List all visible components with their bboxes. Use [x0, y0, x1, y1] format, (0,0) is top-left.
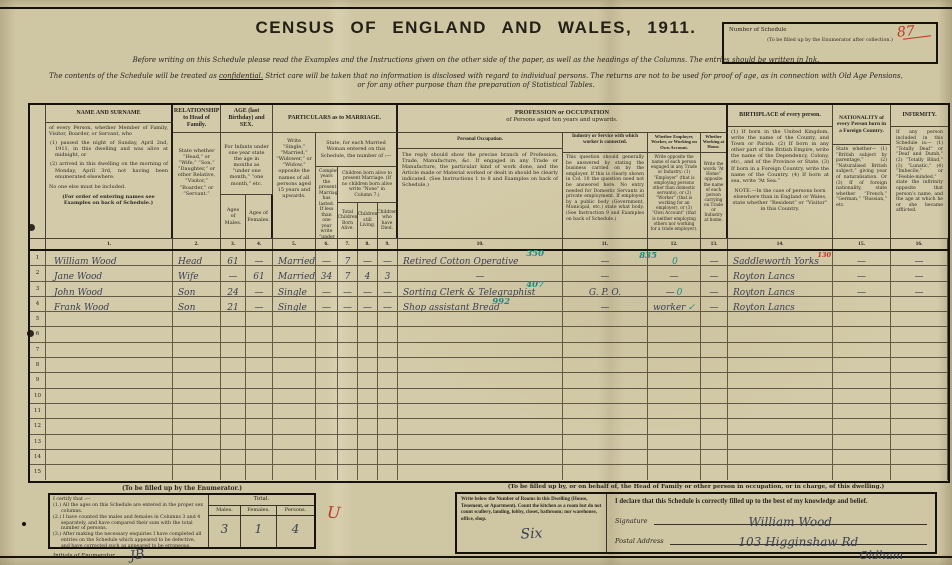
cell-at-home: — — [701, 266, 728, 280]
col-head-nationality: NATIONALITY of every Person born in a Fo… — [833, 105, 891, 145]
cell-at-home: — — [701, 297, 728, 311]
cell-marriage-years — [316, 450, 338, 464]
cell-children-born — [338, 358, 358, 372]
cell-employer-status — [648, 419, 701, 433]
cell-relationship — [173, 389, 221, 403]
cell-children-born — [338, 327, 358, 341]
cell-age-females — [246, 343, 273, 357]
row-number: 11 — [30, 404, 46, 418]
cell-age-males — [221, 312, 246, 326]
cell-relationship: Wife — [173, 266, 221, 280]
cell-relationship — [173, 327, 221, 341]
cell-children-living — [358, 419, 378, 433]
col-desc-name: of every Person, whether Member of Famil… — [46, 123, 173, 238]
cell-at-home — [701, 450, 728, 464]
col-desc-infirmity: If any person included in this Schedule … — [891, 127, 948, 238]
cell-marriage: Single — [273, 282, 316, 296]
cell-age-males — [221, 373, 246, 387]
cell-employer-status — [648, 327, 701, 341]
schedule-number-value: 87 — [897, 26, 916, 38]
cell-marriage-years — [316, 389, 338, 403]
cell-children-died: 3 — [378, 266, 398, 280]
birthplace-code: 130 — [817, 248, 831, 263]
table-row: 6 — [30, 327, 948, 342]
col-desc-marital-condition: Write “Single,” “Married,” “Widower,” or… — [273, 133, 316, 238]
cell-age-females: 61 — [246, 266, 273, 280]
col-no: 13. — [701, 239, 728, 249]
cell-industry — [563, 373, 648, 387]
table-row: 5 — [30, 312, 948, 327]
col-head-employer-worker: Whether Employer, Worker, or Working on … — [648, 133, 701, 238]
col-head-relationship: RELATIONSHIP to Head of Family. — [173, 105, 221, 133]
cell-employer-status — [648, 358, 701, 372]
row-number: 2 — [30, 266, 46, 280]
cell-children-died — [378, 389, 398, 403]
col-desc-nationality: State whether— (1) “British subject by p… — [833, 145, 891, 238]
cell-children-living — [358, 450, 378, 464]
cell-industry — [563, 450, 648, 464]
cell-birthplace — [728, 358, 833, 372]
col-no: 12. — [648, 239, 701, 249]
cell-nationality — [833, 419, 891, 433]
cell-age-females — [246, 358, 273, 372]
cell-employer-status — [648, 404, 701, 418]
row-number: 5 — [30, 312, 46, 326]
cell-age-females: — — [246, 282, 273, 296]
cell-marriage-years — [316, 358, 338, 372]
cell-marriage — [273, 312, 316, 326]
cell-nationality — [833, 404, 891, 418]
cell-marriage-years — [316, 419, 338, 433]
cell-age-males: 61 — [221, 251, 246, 265]
cell-relationship — [173, 373, 221, 387]
cell-birthplace: Royton Lancs — [728, 297, 833, 311]
cell-children-died — [378, 465, 398, 480]
table-body: 1William WoodHead61—Married—7——Retired C… — [30, 251, 948, 480]
cell-occupation: Shop assistant Bread992 — [398, 297, 563, 311]
cell-infirmity — [891, 343, 948, 357]
table-row: 4Frank WoodSon21—Single————Shop assistan… — [30, 297, 948, 312]
row-number: 7 — [30, 343, 46, 357]
col-head-children-note: Children born alive to present Marriage.… — [338, 167, 398, 203]
cell-at-home — [701, 373, 728, 387]
col-head-age: AGE (last Birthday) and SEX. — [221, 105, 273, 133]
householder-section-heading: (To be filled up by, or on behalf of, th… — [455, 484, 937, 490]
cell-industry — [563, 435, 648, 449]
cell-birthplace — [728, 450, 833, 464]
table-row: 7 — [30, 343, 948, 358]
cell-nationality — [833, 465, 891, 480]
table-row: 11 — [30, 404, 948, 419]
signature-label: Signature — [615, 517, 648, 525]
cell-occupation — [398, 404, 563, 418]
cell-age-females: — — [246, 297, 273, 311]
cell-relationship — [173, 465, 221, 480]
totals-table: Total. Males. Females. Persons. 3 1 4 — [208, 495, 314, 547]
cell-infirmity — [891, 389, 948, 403]
row-number: 15 — [30, 465, 46, 480]
cell-infirmity: — — [891, 282, 948, 296]
cell-children-born — [338, 373, 358, 387]
cell-name — [46, 450, 173, 464]
cell-infirmity — [891, 358, 948, 372]
cell-occupation — [398, 343, 563, 357]
cell-employer-status: —0 — [648, 282, 701, 296]
cell-marriage: Married — [273, 266, 316, 280]
row-number: 4 — [30, 297, 46, 311]
males-label: Males. — [209, 506, 241, 516]
cell-relationship: Son — [173, 282, 221, 296]
col-head-profession-group: PROFESSION or OCCUPATION of Persons aged… — [398, 105, 728, 133]
cell-marriage — [273, 343, 316, 357]
table-row: 12 — [30, 419, 948, 434]
column-number-strip: 1. 2. 3. 4. 5. 6. 7. 8. 9. 10. 11. 12. 1… — [30, 238, 948, 251]
cell-name — [46, 373, 173, 387]
col-head-industry: Industry or Service with which worker is… — [563, 133, 648, 238]
cell-infirmity — [891, 435, 948, 449]
col-head-children-born: Total Children Born Alive. — [338, 203, 358, 238]
cell-age-males — [221, 327, 246, 341]
cell-children-born: — — [338, 282, 358, 296]
cell-infirmity — [891, 465, 948, 480]
cell-marriage-years: — — [316, 297, 338, 311]
cell-infirmity — [891, 404, 948, 418]
col-no: 15. — [833, 239, 891, 249]
cell-industry — [563, 404, 648, 418]
cell-age-females — [246, 389, 273, 403]
cell-employer-status — [648, 465, 701, 480]
table-header: NAME AND SURNAME of every Person, whethe… — [30, 105, 948, 238]
col-head-infirmity: INFIRMITY. — [891, 105, 948, 127]
cell-at-home — [701, 465, 728, 480]
cell-birthplace — [728, 312, 833, 326]
cell-at-home — [701, 343, 728, 357]
col-no: 2. — [173, 239, 221, 249]
cell-name: Jane Wood — [46, 266, 173, 280]
cell-children-born — [338, 389, 358, 403]
cell-marriage — [273, 327, 316, 341]
col-no: 16. — [891, 239, 948, 249]
cell-employer-status — [648, 435, 701, 449]
industry-code: 835 — [639, 249, 657, 264]
postal-address-line: 103 Higginshaw Rd — [670, 531, 927, 545]
cell-children-living — [358, 343, 378, 357]
red-tabulation-mark: U — [326, 503, 341, 523]
cell-children-born — [338, 404, 358, 418]
enumerator-initials: JB — [129, 551, 145, 561]
cell-at-home: — — [701, 282, 728, 296]
col-no: 4. — [246, 239, 273, 249]
cell-infirmity — [891, 312, 948, 326]
initials-label: Initials of Enumerator. — [53, 553, 116, 560]
cell-nationality — [833, 435, 891, 449]
cell-marriage-years — [316, 465, 338, 480]
row-number: 12 — [30, 419, 46, 433]
cell-age-females — [246, 373, 273, 387]
cell-age-males — [221, 389, 246, 403]
persons-label: Persons. — [277, 506, 314, 516]
cell-marriage-years — [316, 343, 338, 357]
cell-children-died: — — [378, 282, 398, 296]
cell-age-females — [246, 327, 273, 341]
col-head-marriage-group: PARTICULARS as to MARRIAGE. — [273, 105, 398, 133]
totals-title: Total. — [209, 495, 314, 506]
cell-nationality — [833, 343, 891, 357]
cell-children-born — [338, 419, 358, 433]
cell-children-born: 7 — [338, 266, 358, 280]
cell-name — [46, 312, 173, 326]
cell-relationship — [173, 404, 221, 418]
cell-infirmity — [891, 327, 948, 341]
cell-occupation: Retired Cotton Operative350 — [398, 251, 563, 265]
cell-infirmity: — — [891, 266, 948, 280]
cell-nationality — [833, 327, 891, 341]
cell-marriage: Single — [273, 297, 316, 311]
cell-children-living — [358, 435, 378, 449]
cell-occupation — [398, 389, 563, 403]
cell-employer-status: — — [648, 266, 701, 280]
col-no: 7. — [338, 239, 358, 249]
cell-children-living: — — [358, 251, 378, 265]
cell-industry — [563, 389, 648, 403]
cell-industry: — — [563, 266, 648, 280]
col-desc-age: For Infants under one year state the age… — [221, 133, 273, 195]
cell-birthplace — [728, 373, 833, 387]
cell-marriage-years — [316, 435, 338, 449]
strip-blank — [30, 239, 46, 249]
cell-children-died: — — [378, 297, 398, 311]
col-head-married-woman-note: State, for each Married Woman entered on… — [316, 133, 398, 167]
cell-name — [46, 419, 173, 433]
cell-at-home: — — [701, 251, 728, 265]
cell-industry — [563, 343, 648, 357]
cell-birthplace — [728, 389, 833, 403]
cell-children-living — [358, 389, 378, 403]
cell-birthplace: Saddleworth Yorks130 — [728, 251, 833, 265]
postal-address-value: 103 Higginshaw Rd — [738, 535, 858, 549]
cell-name — [46, 358, 173, 372]
col-no: 5. — [273, 239, 316, 249]
cell-age-males — [221, 358, 246, 372]
cell-nationality — [833, 450, 891, 464]
enumerator-certification: I certify that :— (1.) All the ages on t… — [50, 495, 208, 547]
row-number: 9 — [30, 373, 46, 387]
table-row: 1William WoodHead61—Married—7——Retired C… — [30, 251, 948, 266]
binder-hole — [22, 522, 26, 526]
cell-children-born: — — [338, 297, 358, 311]
col-desc-relationship: State whether “Head,” or “Wife,” “Son,” … — [173, 133, 221, 238]
cell-nationality — [833, 389, 891, 403]
cell-birthplace — [728, 343, 833, 357]
cell-age-males — [221, 404, 246, 418]
table-row: 13 — [30, 435, 948, 450]
cell-children-died — [378, 358, 398, 372]
cell-name — [46, 327, 173, 341]
cell-at-home — [701, 312, 728, 326]
cell-relationship — [173, 450, 221, 464]
cell-age-males: — — [221, 266, 246, 280]
col-no: 6. — [316, 239, 338, 249]
census-table: NAME AND SURNAME of every Person, whethe… — [28, 103, 950, 483]
row-number: 13 — [30, 435, 46, 449]
cell-occupation: Sorting Clerk & Telegraphist407 — [398, 282, 563, 296]
householder-box: Write below the Number of Rooms in this … — [455, 492, 937, 554]
cell-age-females — [246, 450, 273, 464]
cell-infirmity — [891, 450, 948, 464]
cell-marriage-years: — — [316, 251, 338, 265]
cell-industry — [563, 358, 648, 372]
row-number: 8 — [30, 358, 46, 372]
cell-industry: — — [563, 297, 648, 311]
cell-occupation — [398, 450, 563, 464]
col-head-children-died: Children who have Died. — [378, 203, 398, 238]
cell-children-living — [358, 373, 378, 387]
cell-marriage-years — [316, 373, 338, 387]
cell-age-females — [246, 312, 273, 326]
occupation-code: 992 — [492, 295, 510, 310]
cell-age-females — [246, 465, 273, 480]
cell-children-living — [358, 465, 378, 480]
cell-age-males — [221, 450, 246, 464]
row-number: 10 — [30, 389, 46, 403]
cell-name: John Wood — [46, 282, 173, 296]
enumerator-section-heading: (To be filled up by the Enumerator.) — [48, 485, 316, 492]
cell-marriage — [273, 404, 316, 418]
col-head-marriage-years: Completed years the present Marriage has… — [316, 167, 338, 238]
cell-age-females: — — [246, 251, 273, 265]
occupation-code: 350 — [526, 247, 544, 262]
col-no: 9. — [378, 239, 398, 249]
occupation-code: 407 — [526, 278, 544, 293]
cell-relationship: Head — [173, 251, 221, 265]
table-row: 8 — [30, 358, 948, 373]
cell-marriage — [273, 389, 316, 403]
col-head-ages-females: Ages of Females. — [246, 195, 273, 238]
cell-name — [46, 465, 173, 480]
cell-age-females — [246, 435, 273, 449]
cell-marriage-years — [316, 327, 338, 341]
signature-value: William Wood — [749, 515, 832, 529]
females-total: 1 — [241, 516, 277, 547]
cell-marriage-years — [316, 404, 338, 418]
cell-industry: G. P. O. — [563, 282, 648, 296]
cell-marriage — [273, 373, 316, 387]
top-rule — [0, 7, 952, 9]
cell-children-living — [358, 358, 378, 372]
cell-age-males — [221, 419, 246, 433]
cell-relationship — [173, 435, 221, 449]
col-desc-birthplace: (1) If born in the United Kingdom, write… — [728, 127, 833, 238]
cell-name: Frank Wood — [46, 297, 173, 311]
postal-address-label: Postal Address — [615, 537, 664, 545]
cell-employer-status — [648, 450, 701, 464]
cell-marriage — [273, 450, 316, 464]
row-number: 3 — [30, 282, 46, 296]
cell-relationship — [173, 419, 221, 433]
cell-at-home — [701, 358, 728, 372]
cell-employer-status — [648, 312, 701, 326]
cell-children-born — [338, 465, 358, 480]
cell-marriage-years — [316, 312, 338, 326]
cell-name — [46, 404, 173, 418]
cell-birthplace — [728, 419, 833, 433]
cell-relationship — [173, 343, 221, 357]
cell-children-died — [378, 450, 398, 464]
cell-children-died — [378, 435, 398, 449]
cell-occupation — [398, 312, 563, 326]
cell-nationality: — — [833, 251, 891, 265]
cell-nationality — [833, 373, 891, 387]
cell-infirmity — [891, 373, 948, 387]
signature-line: William Wood — [654, 511, 927, 525]
cell-nationality — [833, 358, 891, 372]
cell-occupation — [398, 373, 563, 387]
cell-industry — [563, 419, 648, 433]
cell-children-living — [358, 327, 378, 341]
cell-children-died — [378, 419, 398, 433]
cell-children-living: — — [358, 297, 378, 311]
cell-occupation — [398, 465, 563, 480]
cell-children-died — [378, 312, 398, 326]
table-row: 14 — [30, 450, 948, 465]
cell-children-living: 4 — [358, 266, 378, 280]
cell-marriage — [273, 435, 316, 449]
cell-occupation — [398, 358, 563, 372]
cell-birthplace — [728, 327, 833, 341]
row-number: 14 — [30, 450, 46, 464]
cell-employer-status — [648, 389, 701, 403]
cell-children-born — [338, 435, 358, 449]
cell-children-died — [378, 343, 398, 357]
cell-nationality: — — [833, 266, 891, 280]
cell-at-home — [701, 419, 728, 433]
cell-children-died: — — [378, 251, 398, 265]
cell-nationality — [833, 297, 891, 311]
cell-children-born — [338, 343, 358, 357]
col-head-name: NAME AND SURNAME — [46, 105, 173, 123]
cell-birthplace — [728, 404, 833, 418]
cell-name: William Wood — [46, 251, 173, 265]
instructions-line-2: The contents of the Schedule will be tre… — [46, 72, 906, 90]
table-row: 10 — [30, 389, 948, 404]
cell-birthplace — [728, 435, 833, 449]
cell-employer-status — [648, 343, 701, 357]
row-number: 1 — [30, 251, 46, 265]
cell-occupation — [398, 435, 563, 449]
cell-marriage — [273, 419, 316, 433]
cell-marriage — [273, 465, 316, 480]
cell-industry — [563, 327, 648, 341]
males-total: 3 — [209, 516, 241, 547]
persons-total: 4 — [277, 516, 314, 547]
cell-name — [46, 343, 173, 357]
cell-industry — [563, 465, 648, 480]
col-no: 3. — [221, 239, 246, 249]
cell-marriage-years: — — [316, 282, 338, 296]
col-head-birthplace: BIRTHPLACE of every person. — [728, 105, 833, 127]
cell-nationality — [833, 312, 891, 326]
cell-children-born — [338, 450, 358, 464]
cell-birthplace: Royton Lancs — [728, 282, 833, 296]
cell-birthplace — [728, 465, 833, 480]
rooms-statement: Write below the Number of Rooms in this … — [457, 494, 607, 552]
cell-age-males — [221, 343, 246, 357]
cell-infirmity: — — [891, 251, 948, 265]
cell-at-home — [701, 389, 728, 403]
cell-children-living — [358, 312, 378, 326]
cell-infirmity — [891, 297, 948, 311]
cell-birthplace: Royton Lancs — [728, 266, 833, 280]
